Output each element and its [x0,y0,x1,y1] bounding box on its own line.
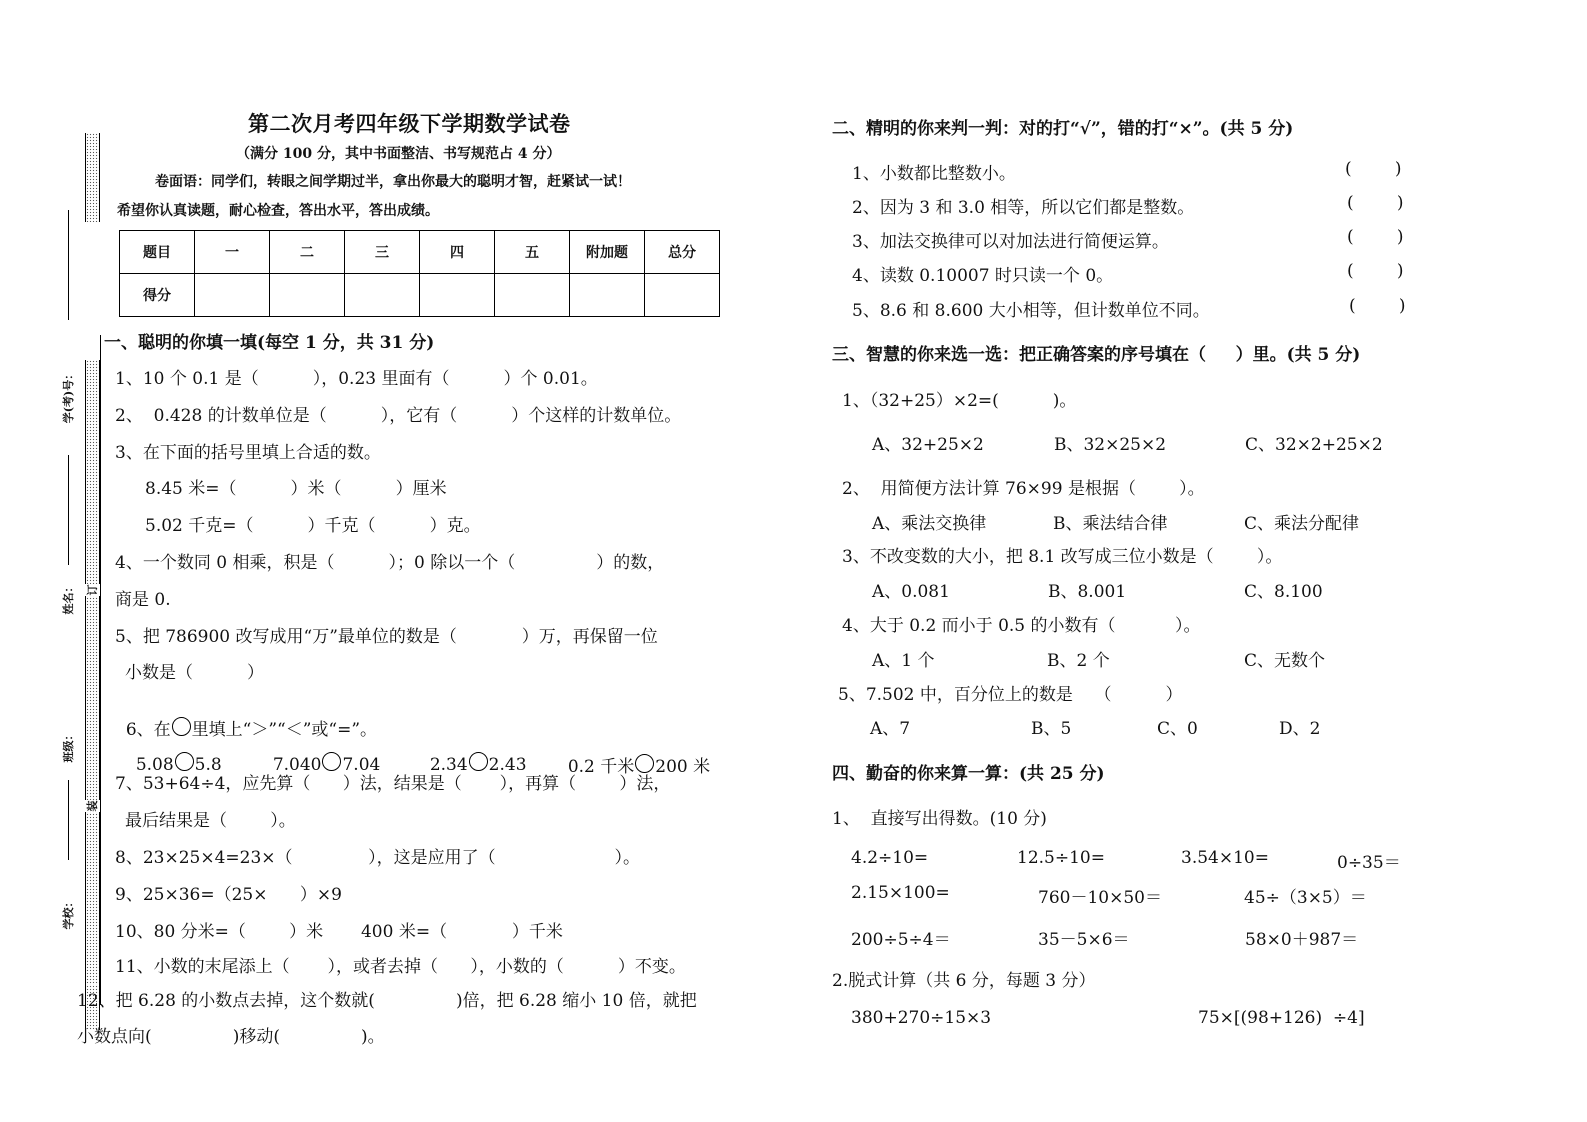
s3-option[interactable]: C、8.100 [1244,577,1323,602]
score-header-cell: 一 [195,231,270,274]
s1-line: 11、小数的末尾添上（ ），或者去掉（ ），小数的（ ）不变。 [115,952,686,977]
mark-zhuang: 装 [84,800,100,812]
score-cell[interactable] [570,274,645,317]
s2-answer-blank[interactable]: ( ) [1347,261,1404,281]
s3-option[interactable]: B、乘法结合律 [1053,509,1168,534]
s1-line: 小数点向( )移动( )。 [77,1022,385,1047]
s1-line: 8、23×25×4=23×（ ），这是应用了（ ）。 [115,843,640,868]
s3-question: 1、（32+25）×2=( )。 [842,386,1076,411]
intro-line-1: 卷面语：同学们，转眼之间学期过半，拿出你最大的聪明才智，赶紧试一试！ [155,171,631,191]
s1-line: 5、把 786900 改写成用“万”最单位的数是（ ）万，再保留一位 [115,622,658,647]
name-label: 姓名： [60,573,76,623]
s2-item: 2、因为 3 和 3.0 相等，所以它们都是整数。 [852,193,1194,218]
s2-answer-blank[interactable]: ( ) [1347,227,1404,247]
s3-option[interactable]: B、2 个 [1047,646,1110,671]
s3-question: 4、大于 0.2 而小于 0.5 的小数有（ ）。 [842,611,1200,636]
binding-hatch-mid [85,360,100,985]
s1-line: 2、 0.428 的计数单位是（ ），它有（ ）个这样的计数单位。 [115,401,681,426]
score-header-cell: 四 [420,231,495,274]
s3-option[interactable]: C、32×2+25×2 [1245,430,1383,455]
s3-option[interactable]: B、8.001 [1048,577,1126,602]
s1-line: 10、80 分米=（ ）米 400 米=（ ）千米 [115,917,563,942]
binding-line-class [68,780,69,860]
s1-line: 8.45 米=（ ）米（ ）厘米 [145,474,447,499]
score-header-cell: 五 [495,231,570,274]
s1-line: 3、在下面的括号里填上合适的数。 [115,438,381,463]
score-header-cell: 附加题 [570,231,645,274]
s1-line: 5.02 千克=（ ）千克（ ）克。 [145,511,481,536]
score-row-label: 得分 [120,274,195,317]
s3-option[interactable]: B、32×25×2 [1054,430,1166,455]
school-label: 学校： [60,888,76,938]
score-header-cell: 三 [345,231,420,274]
s1-line: 小数是（ ） [125,658,264,683]
score-cell[interactable] [195,274,270,317]
exam-title: 第二次月考四年级下学期数学试卷 [248,108,571,138]
s4-step-calc: 380+270÷15×3 [851,1008,991,1028]
s3-option[interactable]: C、0 [1157,714,1198,739]
s3-option[interactable]: A、乘法交换律 [872,509,986,534]
s1-line: 7、53+64÷4，应先算（ ）法，结果是（ ），再算（ ）法， [115,769,670,794]
s3-option[interactable]: A、32+25×2 [872,430,984,455]
s2-item: 4、读数 0.10007 时只读一个 0。 [852,261,1113,286]
s3-option[interactable]: C、无数个 [1244,646,1325,671]
s4-step-calc: 75×[(98+126) ÷4] [1198,1008,1365,1028]
s3-option[interactable]: A、0.081 [872,577,950,602]
s4-calc: 45÷（3×5）＝ [1244,883,1367,908]
section3-title: 三、智慧的你来选一选：把正确答案的序号填在（ ）里。(共 5 分) [832,340,1360,365]
s4-calc: 2.15×100= [851,883,950,903]
student-id-label: 学(考)号： [60,361,76,431]
score-cell[interactable] [420,274,495,317]
s4-calc: 58×0＋987＝ [1245,925,1358,950]
s3-question: 3、不改变数的大小，把 8.1 改写成三位小数是（ ）。 [842,542,1282,567]
s3-question: 2、 用简便方法计算 76×99 是根据（ ）。 [842,474,1205,499]
section1-title: 一、聪明的你填一填(每空 1 分，共 31 分) [104,328,434,353]
score-header-cell: 题目 [120,231,195,274]
s1-line: 商是 0. [115,585,171,610]
s2-item: 1、小数都比整数小。 [852,159,1016,184]
score-header-cell: 总分 [645,231,720,274]
score-cell[interactable] [345,274,420,317]
score-cell[interactable] [645,274,720,317]
s2-item: 5、8.6 和 8.600 大小相等，但计数单位不同。 [852,296,1210,321]
score-cell[interactable] [495,274,570,317]
mark-ding: 订 [84,584,100,596]
s1-line: 最后结果是（ ）。 [125,806,296,831]
s3-option[interactable]: D、2 [1279,714,1320,739]
intro-line-2: 希望你认真读题，耐心检查，答出水平，答出成绩。 [117,200,439,220]
section4-title: 四、勤奋的你来算一算：(共 25 分) [832,759,1105,784]
s3-option[interactable]: B、5 [1031,714,1071,739]
s4-calc: 4.2÷10= [851,848,928,868]
s3-question: 5、7.502 中，百分位上的数是 （ ） [838,680,1183,705]
binding-line-upper [68,210,69,320]
s1-line: 9、25×36=（25× ）×9 [115,880,342,905]
s1-line: 4、一个数同 0 相乘，积是（ ）；0 除以一个（ ）的数， [115,548,664,573]
s4-part1-title: 1、 直接写出得数。(10 分) [832,804,1047,829]
binding-line-mid [68,455,69,565]
s1-line: 1、10 个 0.1 是（ ），0.23 里面有（ ）个 0.01。 [115,364,598,389]
score-table-score-row: 得分 [120,274,720,317]
section2-title: 二、精明的你来判一判：对的打“√”，错的打“×”。(共 5 分) [832,114,1293,139]
s2-answer-blank[interactable]: ( ) [1349,296,1406,316]
exam-subtitle: （满分 100 分，其中书面整洁、书写规范占 4 分） [236,143,560,163]
binding-line-right [100,335,101,1005]
s2-answer-blank[interactable]: ( ) [1347,193,1404,213]
s1-line: 12、把 6.28 的小数点去掉，这个数就( )倍，把 6.28 缩小 10 倍… [77,986,697,1011]
binding-hatch-top [85,133,100,222]
s4-calc: 12.5÷10= [1017,848,1105,868]
s4-calc: 3.54×10= [1181,848,1269,868]
score-table-header-row: 题目 一 二 三 四 五 附加题 总分 [120,231,720,274]
s4-calc: 0÷35＝ [1337,848,1401,873]
s4-calc: 200÷5÷4＝ [851,925,951,950]
score-cell[interactable] [270,274,345,317]
s3-option[interactable]: A、7 [870,714,910,739]
s4-calc: 760－10×50＝ [1038,883,1162,908]
s2-answer-blank[interactable]: ( ) [1345,159,1402,179]
s4-calc: 35－5×6＝ [1038,925,1130,950]
s2-item: 3、加法交换律可以对加法进行简便运算。 [852,227,1169,252]
score-header-cell: 二 [270,231,345,274]
s3-option[interactable]: C、乘法分配律 [1244,509,1359,534]
s4-part2-title: 2.脱式计算（共 6 分，每题 3 分） [832,966,1095,991]
score-table: 题目 一 二 三 四 五 附加题 总分 得分 [119,230,720,317]
s3-option[interactable]: A、1 个 [872,646,935,671]
class-label: 班级： [60,721,76,771]
